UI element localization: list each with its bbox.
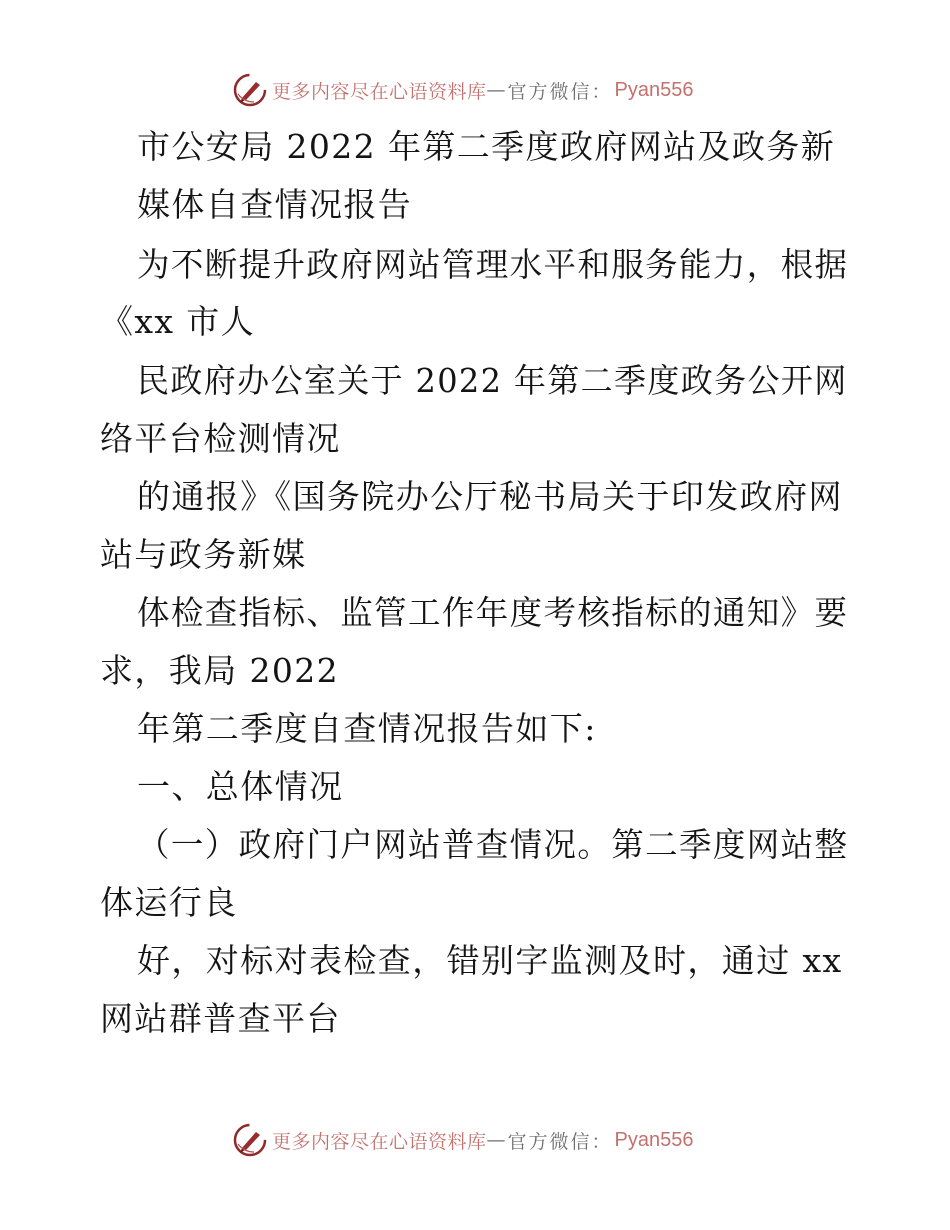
paragraph-line: 的通报》《国务院办公厅秘书局关于印发政府网 bbox=[137, 477, 843, 517]
document-title-line-1: 市公安局 2022 年第二季度政府网站及政务新 bbox=[137, 127, 835, 167]
quill-pen-logo-icon bbox=[232, 72, 268, 108]
document-title-line-2: 媒体自查情况报告 bbox=[137, 185, 412, 225]
paragraph-line: 年第二季度自查情况报告如下: bbox=[137, 709, 597, 749]
paragraph-line: 站与政务新媒 bbox=[100, 535, 306, 575]
paragraph-line: 为不断提升政府网站管理水平和服务能力，根据 bbox=[137, 245, 848, 285]
paragraph-line: 体检查指标、监管工作年度考核指标的通知》要 bbox=[137, 593, 848, 633]
watermark-account-id: Pyan556 bbox=[615, 79, 694, 102]
paragraph-line: 络平台检测情况 bbox=[100, 419, 341, 459]
footer-watermark: 更多内容尽在心语资料库 — 官方微信： Pyan556 bbox=[232, 1120, 694, 1160]
watermark-label: 官方微信： bbox=[508, 77, 613, 104]
paragraph-line: 民政府办公室关于 2022 年第二季度政务公开网 bbox=[137, 361, 848, 401]
section-heading: 一、总体情况 bbox=[137, 767, 343, 807]
paragraph-line: 网站群普查平台 bbox=[100, 999, 341, 1039]
paragraph-line: 《xx 市人 bbox=[100, 302, 255, 342]
watermark-brand-text: 更多内容尽在心语资料库 bbox=[272, 77, 487, 104]
paragraph-line: 好，对标对表检查，错别字监测及时，通过 xx bbox=[137, 941, 843, 981]
watermark-account-id: Pyan556 bbox=[615, 1129, 694, 1152]
watermark-label: 官方微信： bbox=[508, 1127, 613, 1154]
quill-pen-logo-icon bbox=[232, 1122, 268, 1158]
watermark-brand-text: 更多内容尽在心语资料库 bbox=[272, 1127, 487, 1154]
header-watermark: 更多内容尽在心语资料库 — 官方微信： Pyan556 bbox=[232, 70, 694, 110]
paragraph-line: 体运行良 bbox=[100, 883, 238, 923]
paragraph-line: 求，我局 2022 bbox=[100, 651, 339, 691]
subsection-line: （一）政府门户网站普查情况。第二季度网站整 bbox=[137, 825, 848, 865]
watermark-dash: — bbox=[487, 79, 508, 101]
watermark-dash: — bbox=[487, 1129, 508, 1151]
